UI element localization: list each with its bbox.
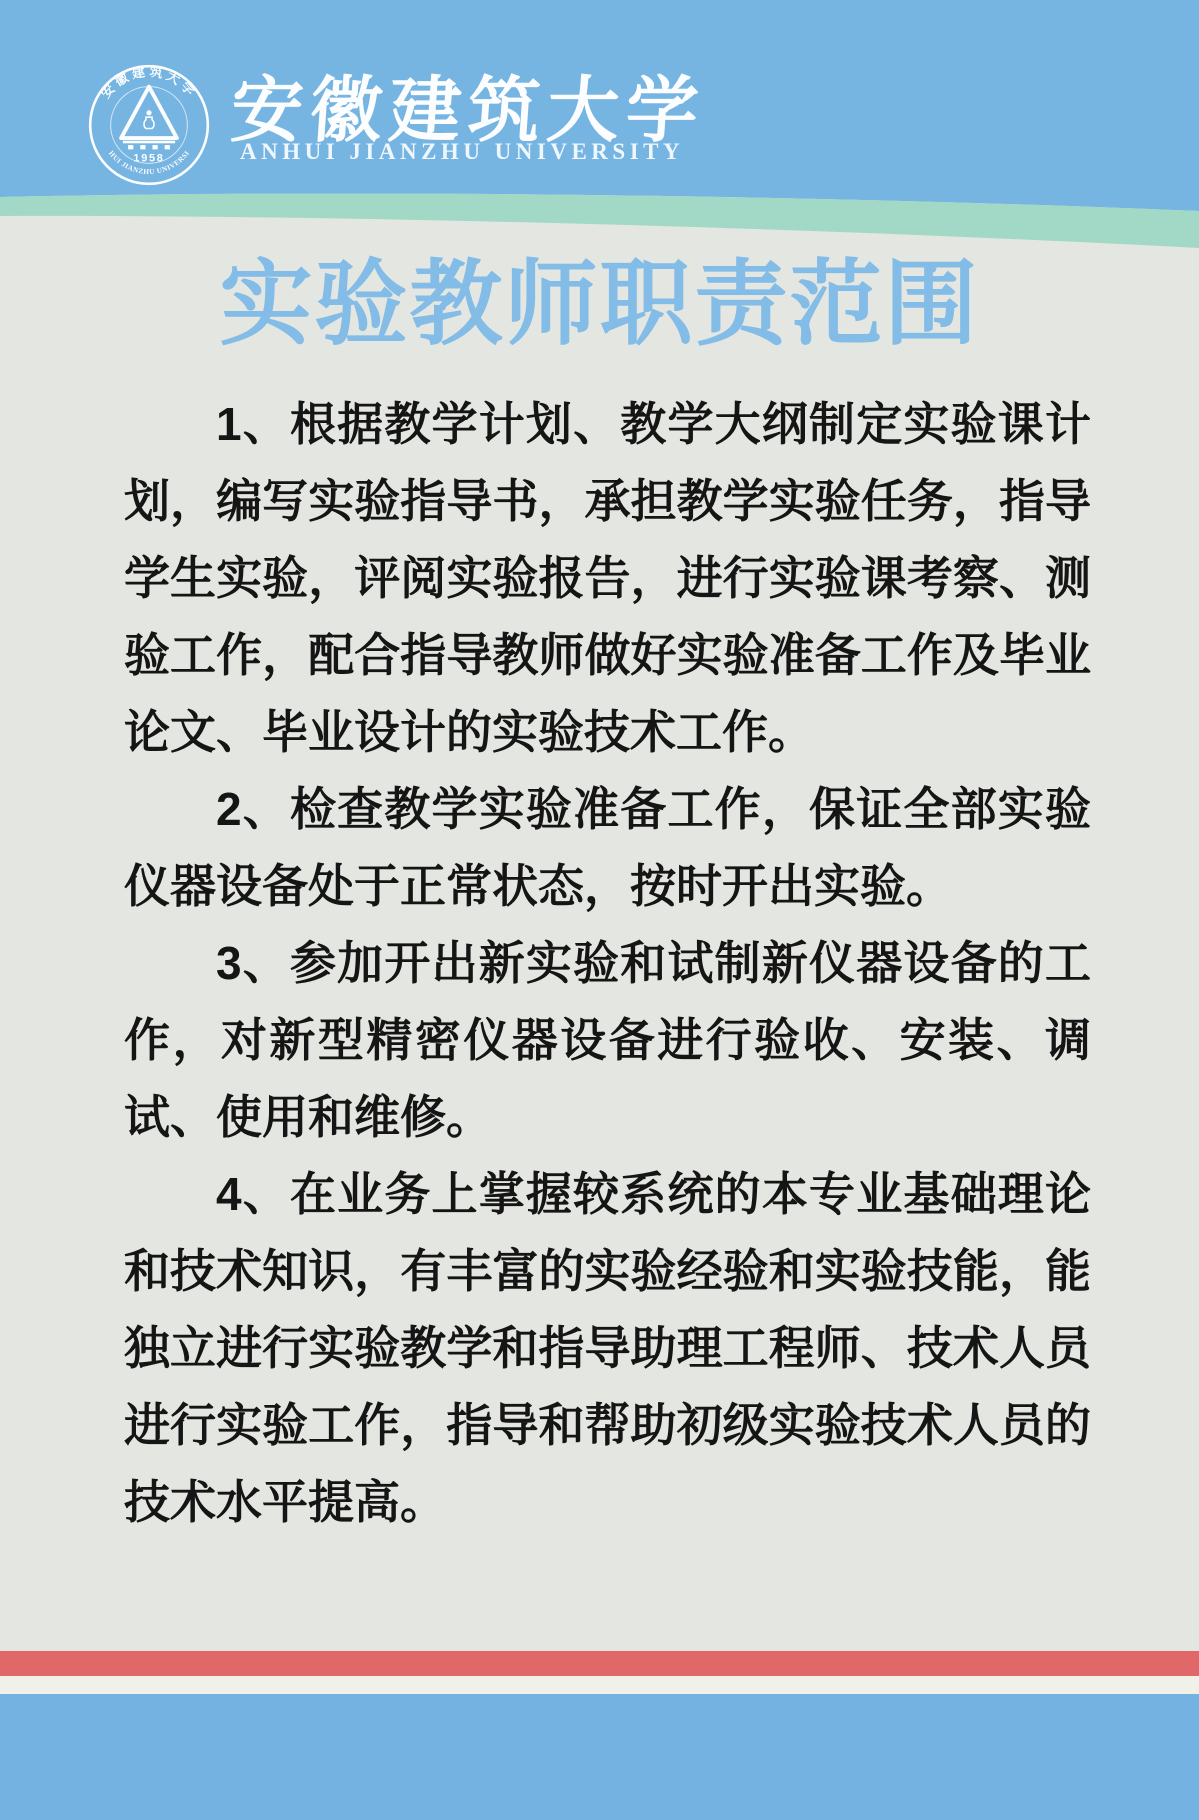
page-title: 实验教师职责范围 [0,246,1199,362]
seal-building-base [123,141,175,144]
seal-vase-body [144,117,154,128]
duty-paragraph: 3、参加开出新实验和试制新仪器设备的工作，对新型精密仪器设备进行验收、安装、调试… [124,925,1091,1156]
footer-cream-stripe [0,1676,1199,1694]
duty-paragraph: 1、根据教学计划、教学大纲制定实验课计划，编写实验指导书，承担教学实验任务，指导… [124,386,1091,771]
footer-red-stripe [0,1651,1199,1676]
seal-column [140,145,145,149]
duties-text-block: 1、根据教学计划、教学大纲制定实验课计划，编写实验指导书，承担教学实验任务，指导… [124,386,1091,1541]
duty-paragraph: 2、检查教学实验准备工作，保证全部实验仪器设备处于正常状态，按时开出实验。 [124,771,1091,925]
poster: 安徽建筑大学 ANHUI JIANZHU UNIVERSITY 1958 安徽建… [0,0,1199,1820]
university-wordmark-cn: 安徽建筑大学 [229,52,709,144]
seal-column [128,145,133,149]
seal-column [152,145,157,149]
seal-vase-icon [146,110,151,115]
duty-paragraph: 4、在业务上掌握较系统的本专业基础理论和技术知识，有丰富的实验经验和实验技能，能… [124,1156,1091,1541]
footer-blue-band [0,1694,1199,1820]
university-wordmark-en: ANHUI JIANZHU UNIVERSITY [240,139,684,165]
seal-year: 1958 [133,153,164,165]
seal-ring-text-cn: 安徽建筑大学 [98,64,200,101]
seal-column [165,145,170,149]
university-seal-icon: 安徽建筑大学 ANHUI JIANZHU UNIVERSITY 1958 [88,64,210,186]
